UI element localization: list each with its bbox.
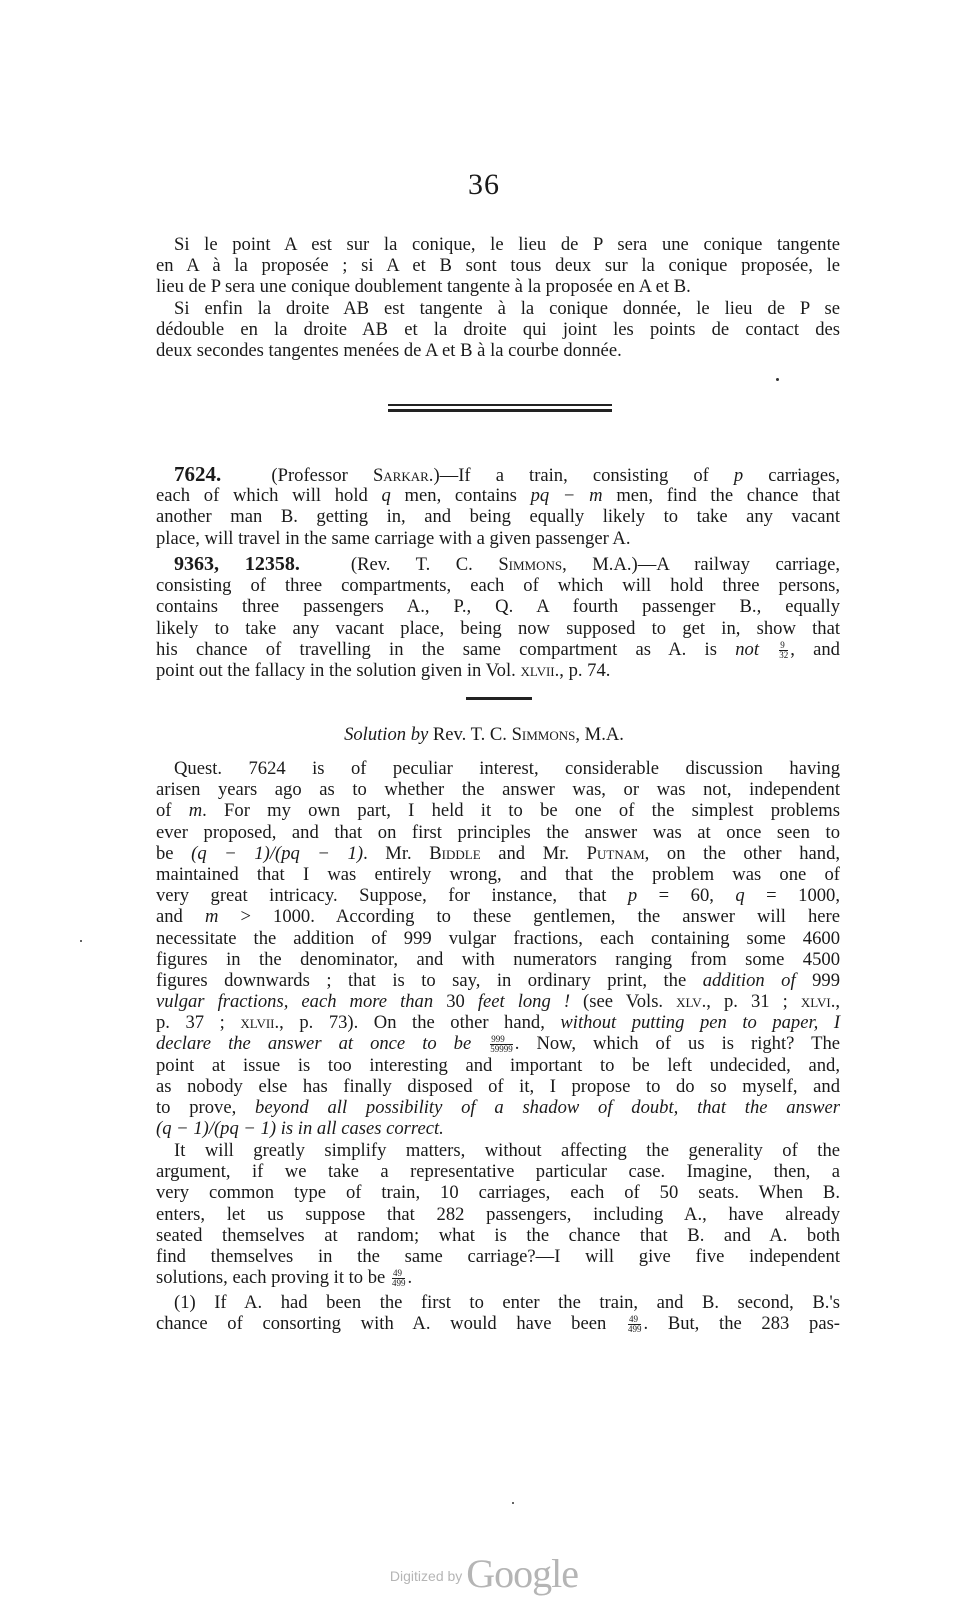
text-run: . But, the 283 pas- — [643, 1313, 840, 1334]
text-line: It will greatly simplify matters, withou… — [156, 1140, 840, 1161]
text-run: ., p. 31 ; — [702, 991, 801, 1012]
volume-ref: xlvi — [801, 991, 831, 1012]
math-var: m — [189, 800, 202, 821]
text-run: ., — [831, 991, 840, 1012]
fraction-denominator: 499 — [392, 1279, 406, 1288]
text-line: lieu de P sera une conique doublement ta… — [156, 276, 840, 297]
text-run: 30 — [433, 991, 478, 1012]
text-line: find themselves in the same carriage?—I … — [156, 1246, 840, 1267]
margin-speck — [80, 940, 82, 942]
text-line: each of which will hold q men, contains … — [156, 485, 840, 506]
math-var: p — [734, 465, 743, 486]
text-run: . For my own part, I held it to be one o… — [202, 800, 840, 821]
emphasis: vulgar fractions, each more than — [156, 991, 433, 1012]
text-run: point out the fallacy in the solution gi… — [156, 660, 520, 681]
emphasis: beyond all possibility of a shadow of do… — [255, 1097, 840, 1118]
solution-paragraph-1: Quest. 7624 is of peculiar interest, con… — [156, 758, 840, 1139]
text-line: argument, if we take a representative pa… — [156, 1161, 840, 1182]
text-run: figures downwards ; that is to say, in o… — [156, 970, 703, 991]
emphasis: declare the answer at once to be — [156, 1033, 471, 1054]
text-line: (q − 1)/(pq − 1) is in all cases correct… — [156, 1118, 840, 1139]
text-line: 9363, 12358. (Rev. T. C. Simmons, M.A.)—… — [156, 554, 840, 575]
text-run: (see Vols. — [570, 991, 676, 1012]
margin-speck — [512, 1502, 514, 1504]
text-line: solutions, each proving it to be 49499. — [156, 1267, 840, 1288]
solution-paragraph-3: (1) If A. had been the first to enter th… — [156, 1292, 840, 1334]
text-line: enters, let us suppose that 282 passenge… — [156, 1204, 840, 1225]
page-number: 36 — [0, 168, 968, 202]
fraction: 99959999 — [490, 1035, 513, 1054]
emphasis: without putting pen to paper, I — [560, 1012, 840, 1033]
text-line: Si enfin la droite AB est tangente à la … — [156, 298, 840, 319]
author-prefix: (Professor — [271, 465, 373, 486]
text-run: of — [156, 800, 189, 821]
text-line: Si le point A est sur la conique, le lie… — [156, 234, 840, 255]
text-run: chance of consorting with A. would have … — [156, 1313, 606, 1334]
text-line: dédouble en la droite AB et la droite qu… — [156, 319, 840, 340]
fraction-denominator: 32 — [779, 651, 788, 660]
text-line: arisen years ago as to whether the answe… — [156, 779, 840, 800]
text-line: en A à la proposée ; si A et B sont tous… — [156, 255, 840, 276]
emphasis: feet long ! — [478, 991, 570, 1012]
math-var: q — [382, 485, 391, 506]
watermark-prefix: Digitized by — [390, 1568, 462, 1584]
volume-ref: xlvii — [240, 1012, 274, 1033]
fraction-denominator: 499 — [628, 1325, 642, 1334]
question-9363: 9363, 12358. (Rev. T. C. Simmons, M.A.)—… — [156, 554, 840, 681]
text-line: maintained that I was entirely wrong, an… — [156, 864, 840, 885]
fraction: 49499 — [628, 1315, 642, 1334]
text-line: ever proposed, and that on first princip… — [156, 822, 840, 843]
text-line: and m > 1000. According to these gentlem… — [156, 906, 840, 927]
author-name: Simmons — [498, 554, 562, 575]
text-run: . Now, which of us is right? The — [515, 1033, 840, 1054]
text-line: his chance of travelling in the same com… — [156, 639, 840, 660]
fraction: 932 — [779, 641, 788, 660]
text-run: ., p. 74. — [555, 660, 611, 681]
text-run: and Mr. — [481, 843, 587, 864]
volume-ref: xlvii — [520, 660, 554, 681]
math-var: q — [735, 885, 744, 906]
text-line: Quest. 7624 is of peculiar interest, con… — [156, 758, 840, 779]
text-line: to prove, beyond all possibility of a sh… — [156, 1097, 840, 1118]
text-run: 999 — [796, 970, 840, 991]
volume-ref: xlv — [676, 991, 702, 1012]
math-var: m — [205, 906, 218, 927]
math-expr: (q − 1)/(pq − 1) — [191, 843, 363, 864]
text-line: contains three passengers A., P., Q. A f… — [156, 596, 840, 617]
french-paragraph: Si le point A est sur la conique, le lie… — [156, 234, 840, 361]
text-run: carriages, — [743, 465, 840, 486]
solution-paragraph-2: It will greatly simplify matters, withou… — [156, 1140, 840, 1288]
person-name: Putnam — [587, 843, 645, 864]
math-expr: (q − 1)/(pq − 1) — [156, 1118, 276, 1139]
text-line: be (q − 1)/(pq − 1). Mr. Biddle and Mr. … — [156, 843, 840, 864]
math-expr: pq − m — [531, 485, 603, 506]
text-line: likely to take any vacant place, being n… — [156, 618, 840, 639]
question-7624: 7624. (Professor Sarkar.)—If a train, co… — [156, 464, 840, 549]
text-run: p. 37 ; — [156, 1012, 240, 1033]
math-var: p — [628, 885, 637, 906]
text-line: very common type of train, 10 carriages,… — [156, 1182, 840, 1203]
heading-italic: Solution by — [344, 724, 428, 745]
text-run: , and — [790, 639, 840, 660]
text-line: place, will travel in the same carriage … — [156, 528, 840, 549]
text-line: of m. For my own part, I held it to be o… — [156, 800, 840, 821]
text-line: p. 37 ; xlvii., p. 73). On the other han… — [156, 1012, 840, 1033]
text-run: = 60, — [637, 885, 735, 906]
text-run: to prove, — [156, 1097, 255, 1118]
text-line: consisting of three compartments, each o… — [156, 575, 840, 596]
section-divider — [466, 697, 532, 700]
author-name: Simmons — [512, 724, 576, 745]
text-run: men, contains — [391, 485, 531, 506]
text-line: very great intricacy. Suppose, for insta… — [156, 885, 840, 906]
person-name: Biddle — [429, 843, 480, 864]
text-run: be — [156, 843, 191, 864]
text-line: necessitate the addition of 999 vulgar f… — [156, 928, 840, 949]
google-logo: Google — [466, 1551, 578, 1596]
fraction: 49499 — [392, 1269, 406, 1288]
text-run: solutions, each proving it to be — [156, 1267, 385, 1288]
text-run: > 1000. According to these gentlemen, th… — [218, 906, 840, 927]
text-line: figures downwards ; that is to say, in o… — [156, 970, 840, 991]
text-run: each of which will hold — [156, 485, 382, 506]
text-line: chance of consorting with A. would have … — [156, 1313, 840, 1334]
author-name: Sarkar — [373, 465, 429, 486]
text-run: Rev. T. C. — [428, 724, 511, 745]
text-line: another man B. getting in, and being equ… — [156, 506, 840, 527]
text-line: 7624. (Professor Sarkar.)—If a train, co… — [156, 464, 840, 485]
author-prefix: (Rev. T. C. — [351, 554, 498, 575]
text-run: , on the other hand, — [645, 843, 840, 864]
text-line: (1) If A. had been the first to enter th… — [156, 1292, 840, 1313]
text-line: point at issue is too interesting and im… — [156, 1055, 840, 1076]
section-divider-double — [388, 404, 612, 412]
text-run: and — [156, 906, 205, 927]
text-run: men, find the chance that — [603, 485, 840, 506]
fraction-denominator: 59999 — [490, 1045, 513, 1054]
text-line: as nobody else has finally disposed of i… — [156, 1076, 840, 1097]
text-line: seated themselves at random; what is the… — [156, 1225, 840, 1246]
emphasis: is in all cases correct. — [276, 1118, 444, 1139]
text-run: , M.A. — [575, 724, 624, 745]
text-run: = 1000, — [745, 885, 840, 906]
question-number: 7624. — [174, 462, 221, 486]
text-run: . Mr. — [363, 843, 429, 864]
text-run: . — [407, 1267, 412, 1288]
text-run: his chance of travelling in the same com… — [156, 639, 735, 660]
text-line: deux secondes tangentes menées de A et B… — [156, 340, 840, 361]
emphasis: addition of — [703, 970, 796, 991]
text-line: point out the fallacy in the solution gi… — [156, 660, 840, 681]
text-line: vulgar fractions, each more than 30 feet… — [156, 991, 840, 1012]
text-line: declare the answer at once to be 9995999… — [156, 1033, 840, 1054]
text-run: ., p. 73). On the other hand, — [275, 1012, 561, 1033]
margin-speck — [776, 378, 779, 381]
emphasis: not — [735, 639, 759, 660]
question-number: 9363, 12358. — [174, 553, 300, 575]
text-run: .)—If a train, consisting of — [429, 465, 734, 486]
text-run: , M.A.)—A railway carriage, — [562, 554, 840, 575]
text-run: very great intricacy. Suppose, for insta… — [156, 885, 628, 906]
digitized-by-google-watermark: Digitized by Google — [0, 1550, 968, 1597]
text-line: figures in the denominator, and with num… — [156, 949, 840, 970]
solution-heading: Solution by Rev. T. C. Simmons, M.A. — [0, 724, 968, 746]
